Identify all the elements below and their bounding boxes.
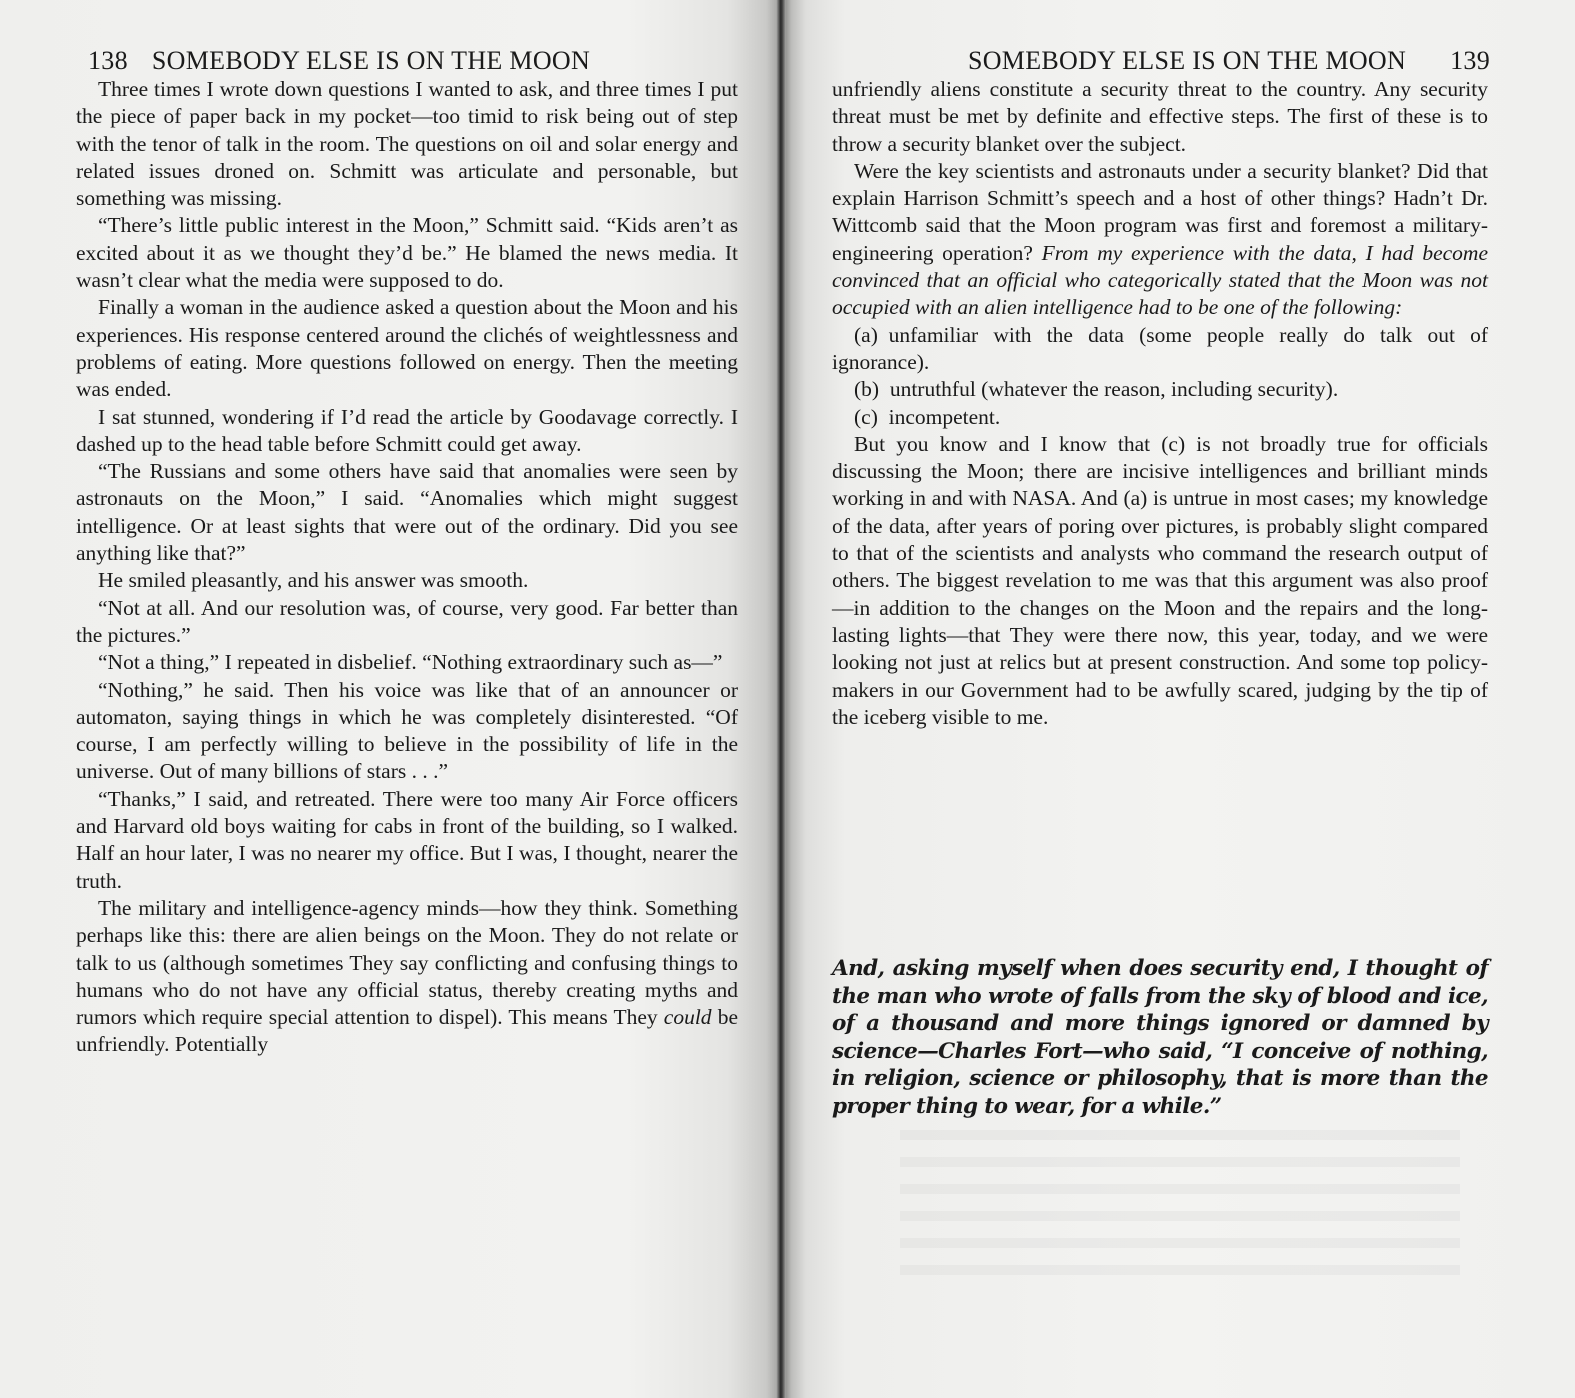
list-item-b: (b) untruthful (whatever the reason, inc…: [832, 376, 1488, 403]
emphasis-text: could: [664, 1005, 712, 1029]
right-body-text: unfriendly aliens constitute a security …: [832, 76, 1488, 731]
right-page-number: 139: [1450, 46, 1490, 75]
list-item-a: (a) unfamiliar with the data (some peopl…: [832, 322, 1488, 377]
paragraph: Were the key scientists and astronauts u…: [832, 158, 1488, 322]
book-spread: 138SOMEBODY ELSE IS ON THE MOON SOMEBODY…: [0, 0, 1575, 1398]
paragraph-continued: unfriendly aliens constitute a security …: [832, 76, 1488, 158]
right-running-head: SOMEBODY ELSE IS ON THE MOON139: [914, 46, 1490, 76]
closing-quote: And, asking myself when does security en…: [832, 955, 1488, 1120]
paragraph: But you know and I know that (c) is not …: [832, 431, 1488, 731]
paragraph: “The Russians and some others have said …: [76, 458, 738, 567]
left-running-title: SOMEBODY ELSE IS ON THE MOON: [152, 46, 590, 75]
left-page-number: 138: [88, 46, 128, 75]
paragraph: Finally a woman in the audience asked a …: [76, 294, 738, 403]
paragraph: I sat stunned, wondering if I’d read the…: [76, 404, 738, 459]
paragraph: “Nothing,” he said. Then his voice was l…: [76, 677, 738, 786]
paragraph: The military and intelligence-agency min…: [76, 895, 738, 1059]
list-item-c: (c) incompetent.: [832, 404, 1488, 431]
book-gutter: [776, 0, 786, 1398]
paragraph: “Not a thing,” I repeated in disbelief. …: [76, 649, 738, 676]
paragraph: “There’s little public interest in the M…: [76, 212, 738, 294]
paragraph: “Thanks,” I said, and retreated. There w…: [76, 786, 738, 895]
right-running-title: SOMEBODY ELSE IS ON THE MOON: [968, 46, 1406, 75]
left-running-head: 138SOMEBODY ELSE IS ON THE MOON: [88, 46, 662, 76]
paragraph: Three times I wrote down questions I wan…: [76, 76, 738, 212]
paragraph: He smiled pleasantly, and his answer was…: [76, 567, 738, 594]
left-body-text: Three times I wrote down questions I wan…: [76, 76, 738, 1059]
show-through-text: [900, 1130, 1460, 1280]
paragraph: “Not at all. And our resolution was, of …: [76, 595, 738, 650]
paragraph-text: The military and intelligence-agency min…: [76, 896, 738, 1029]
